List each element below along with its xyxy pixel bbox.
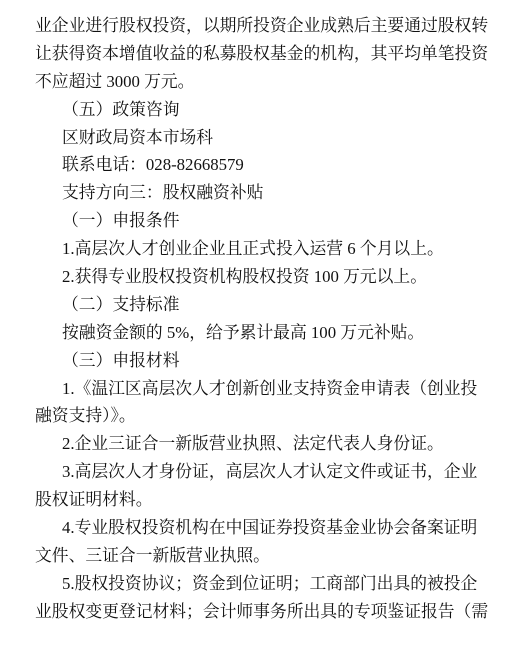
document-line: 3.高层次人才身份证，高层次人才认定文件或证书，企业 [35,458,490,486]
document-line: 支持方向三：股权融资补贴 [35,179,490,207]
document-line: 业企业进行股权投资，以期所投资企业成熟后主要通过股权转 [35,12,490,40]
document-line: 5.股权投资协议；资金到位证明；工商部门出具的被投企 [35,570,490,598]
document-page: 业企业进行股权投资，以期所投资企业成熟后主要通过股权转 让获得资本增值收益的私募… [0,0,523,651]
document-line: 融资支持）》。 [35,402,490,430]
document-line: 2.企业三证合一新版营业执照、法定代表人身份证。 [35,430,490,458]
document-line: （三）申报材料 [35,347,490,375]
document-line: 4.专业股权投资机构在中国证券投资基金业协会备案证明 [35,514,490,542]
document-line: （二）支持标准 [35,291,490,319]
document-line: 1.高层次人才创业企业且正式投入运营 6 个月以上。 [35,235,490,263]
document-line: 按融资金额的 5%，给予累计最高 100 万元补贴。 [35,319,490,347]
document-line: 让获得资本增值收益的私募股权基金的机构，其平均单笔投资 [35,40,490,68]
document-line: 1.《温江区高层次人才创新创业支持资金申请表（创业投 [35,375,490,403]
document-line: （一）申报条件 [35,207,490,235]
document-line: 2.获得专业股权投资机构股权投资 100 万元以上。 [35,263,490,291]
document-line: 联系电话：028-82668579 [35,151,490,179]
document-line: 业股权变更登记材料；会计师事务所出具的专项鉴证报告（需 [35,598,490,626]
document-line: 股权证明材料。 [35,486,490,514]
document-line: 不应超过 3000 万元。 [35,68,490,96]
document-line: 文件、三证合一新版营业执照。 [35,542,490,570]
document-line: 区财政局资本市场科 [35,124,490,152]
document-line: （五）政策咨询 [35,96,490,124]
